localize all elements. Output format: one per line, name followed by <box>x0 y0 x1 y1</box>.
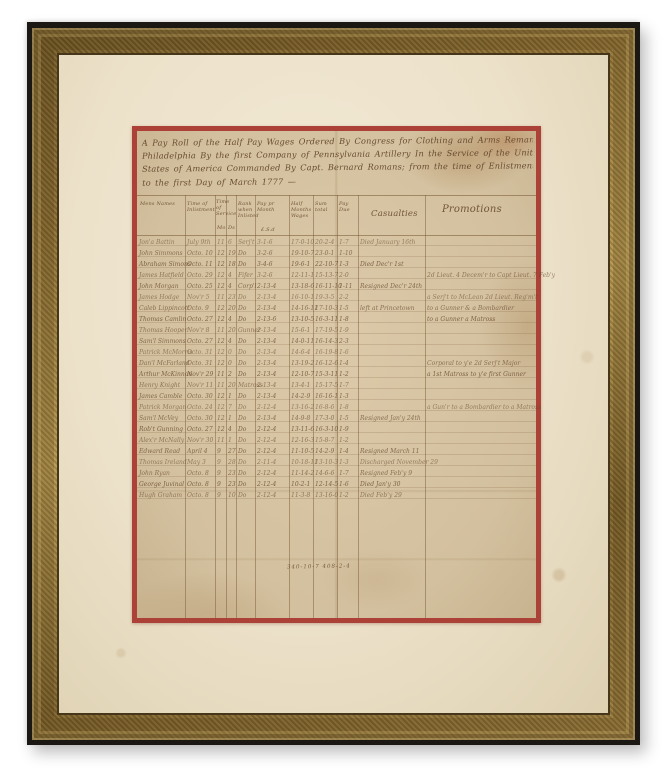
cell-mo: 12 <box>215 305 226 312</box>
col-header-currency: £.S.d <box>261 227 275 233</box>
cell-due: 1-6 <box>337 481 358 488</box>
cell-pay: 2-13-4 <box>255 415 289 422</box>
table-row: Thomas IrelandMay 3928Do2-11-410-18-1113… <box>137 455 536 466</box>
cell-name: Hugh Graham <box>137 492 185 499</box>
cell-name: Edward Read <box>137 448 185 455</box>
cell-mo: 12 <box>215 316 226 323</box>
cell-mo: 12 <box>215 272 226 279</box>
cell-ds: 23 <box>226 470 236 477</box>
col-header-rank: Rank when Inlisted <box>238 201 255 219</box>
cell-ds: 4 <box>226 316 236 323</box>
cell-casualty: Died January 16th <box>358 239 425 246</box>
cell-rank: Gunner <box>236 327 255 334</box>
cell-rank: Serj't <box>236 239 255 246</box>
cell-sum: 17-10-3 <box>313 305 337 312</box>
payroll-table: Mens Names Time of Inlistment Time of Se… <box>137 195 536 618</box>
cell-due: 1-10 <box>337 250 358 257</box>
cell-name: Sam'l McVey <box>137 415 185 422</box>
cell-ds: 1 <box>226 393 236 400</box>
cell-half: 12-11-1 <box>289 272 313 279</box>
cell-rank: Do <box>236 371 255 378</box>
mat-board: A Pay Roll of the Half Pay Wages Ordered… <box>59 55 608 713</box>
cell-half: 15-6-1 <box>289 327 313 334</box>
table-row: Sam'l SimmonsOcto. 27124Do2-13-414-0-111… <box>137 334 536 345</box>
cell-mo: 12 <box>215 393 226 400</box>
cell-rank: Do <box>236 305 255 312</box>
cell-half: 14-2-9 <box>289 393 313 400</box>
cell-ds: 20 <box>226 382 236 389</box>
cell-enlisted: Octo. 31 <box>185 360 215 367</box>
cell-name: John Morgan <box>137 283 185 290</box>
cell-due: 1-5 <box>337 415 358 422</box>
cell-casualty: Resigned Feb'y 9 <box>358 470 425 477</box>
cell-name: Caleb Lippincott <box>137 305 185 312</box>
cell-due: 1-6 <box>337 349 358 356</box>
cell-sum: 16-12-6 <box>313 360 337 367</box>
cell-name: Thomas Camlin <box>137 316 185 323</box>
cell-rank: Do <box>236 481 255 488</box>
cell-ds: 0 <box>226 360 236 367</box>
cell-pay: 2-13-4 <box>255 349 289 356</box>
cell-casualty: Died Jan'y 30 <box>358 481 425 488</box>
cell-due: 1-9 <box>337 327 358 334</box>
cell-pay: 2-13-4 <box>255 338 289 345</box>
cell-mo: 11 <box>215 382 226 389</box>
cell-pay: 3-2-6 <box>255 250 289 257</box>
cell-pay: 2-13-4 <box>255 371 289 378</box>
cell-half: 10-18-11 <box>289 459 313 466</box>
cell-mo: 11 <box>215 294 226 301</box>
cell-ds: 23 <box>226 294 236 301</box>
col-header-days: Ds <box>228 225 235 231</box>
cell-due: 2-0 <box>337 272 358 279</box>
cell-enlisted: Octo. 27 <box>185 316 215 323</box>
cell-rank: Do <box>236 393 255 400</box>
cell-rank: Do <box>236 338 255 345</box>
cell-half: 16-10-1 <box>289 294 313 301</box>
cell-sum: 22-10-7 <box>313 261 337 268</box>
col-header-promotions: Promotions <box>442 205 502 215</box>
cell-due: 2-3 <box>337 338 358 345</box>
cell-pay: 2-12-4 <box>255 437 289 444</box>
cell-due: 1-7 <box>337 470 358 477</box>
cell-half: 13-18-6 <box>289 283 313 290</box>
col-header-months: Mo <box>217 225 226 231</box>
table-row: John MorganOcto. 25124Corp'l2-13-413-18-… <box>137 279 536 290</box>
cell-due: 1-2 <box>337 437 358 444</box>
manuscript-paper: A Pay Roll of the Half Pay Wages Ordered… <box>137 131 536 618</box>
cell-ds: 4 <box>226 272 236 279</box>
cell-pay: 3-1-6 <box>255 239 289 246</box>
cell-enlisted: Octo. 30 <box>185 415 215 422</box>
cell-mo: 12 <box>215 283 226 290</box>
cell-half: 19-10-7 <box>289 250 313 257</box>
cell-half: 13-10-5 <box>289 316 313 323</box>
cell-ds: 23 <box>226 481 236 488</box>
cell-sum: 15-17-5 <box>313 382 337 389</box>
cell-sum: 16-3-11 <box>313 316 337 323</box>
cell-casualty: Died Feb'y 29 <box>358 492 425 499</box>
cell-mo: 9 <box>215 448 226 455</box>
cell-half: 17-0-10 <box>289 239 313 246</box>
frame-inner-lip: A Pay Roll of the Half Pay Wages Ordered… <box>57 53 610 715</box>
cell-due: 1-7 <box>337 382 358 389</box>
table-row: Abraham SimonsOcto. 111218Do3-4-619-6-12… <box>137 257 536 268</box>
cell-mo: 11 <box>215 371 226 378</box>
cell-name: Patrick Morgan <box>137 404 185 411</box>
cell-rank: Do <box>236 316 255 323</box>
cell-ds: 4 <box>226 338 236 345</box>
cell-sum: 15-3-11 <box>313 371 337 378</box>
table-row: Thomas CamlinOcto. 27124Do2-13-613-10-51… <box>137 312 536 323</box>
cell-rank: Do <box>236 261 255 268</box>
cell-sum: 12-14-5 <box>313 481 337 488</box>
table-row: James HatfieldOcto. 29124Fifer3-2-612-11… <box>137 268 536 279</box>
cell-half: 12-10-7 <box>289 371 313 378</box>
cell-enlisted: May 3 <box>185 459 215 466</box>
cell-mo: 12 <box>215 338 226 345</box>
cell-due: 1-8 <box>337 404 358 411</box>
cell-pay: 2-12-4 <box>255 448 289 455</box>
cell-mo: 12 <box>215 250 226 257</box>
cell-due: 1-3 <box>337 261 358 268</box>
cell-sum: 14-6-6 <box>313 470 337 477</box>
cell-half: 13-11-6 <box>289 426 313 433</box>
cell-half: 14-9-8 <box>289 415 313 422</box>
cell-mo: 12 <box>215 261 226 268</box>
cell-name: James Hodge <box>137 294 185 301</box>
cell-sum: 16-14-3 <box>313 338 337 345</box>
cell-sum: 19-3-5 <box>313 294 337 301</box>
col-header-service: Time of Service <box>216 199 236 217</box>
cell-rank: Do <box>236 426 255 433</box>
manuscript-title: A Pay Roll of the Half Pay Wages Ordered… <box>142 133 533 189</box>
cell-mo: 9 <box>215 481 226 488</box>
cell-rank: Do <box>236 250 255 257</box>
cell-rank: Fifer <box>236 272 255 279</box>
picture-frame-gilt-moulding: A Pay Roll of the Half Pay Wages Ordered… <box>32 28 635 740</box>
cell-pay: 3-2-6 <box>255 272 289 279</box>
cell-enlisted: Nov'r 29 <box>185 371 215 378</box>
table-row: John RyanOcto. 8923Do2-12-411-14-214-6-6… <box>137 466 536 477</box>
cell-sum: 16-3-10 <box>313 426 337 433</box>
cell-pay: 2-12-4 <box>255 426 289 433</box>
cell-sum: 13-16-0 <box>313 492 337 499</box>
cell-enlisted: April 4 <box>185 448 215 455</box>
table-row: James CambleOcto. 30121Do2-13-414-2-916-… <box>137 389 536 400</box>
cell-pay: 3-4-6 <box>255 261 289 268</box>
cell-pay: 2-12-4 <box>255 404 289 411</box>
cell-name: James Camble <box>137 393 185 400</box>
col-header-pay: Pay pr Month <box>257 201 289 213</box>
cell-ds: 7 <box>226 404 236 411</box>
cell-pay: 2-13-4 <box>255 327 289 334</box>
table-row: Caleb LippincottOcto. 91220Do2-13-414-16… <box>137 301 536 312</box>
cell-name: George Juvinal <box>137 481 185 488</box>
cell-pay: 2-13-4 <box>255 360 289 367</box>
table-row: Edward ReadApril 4927Do2-12-411-10-514-2… <box>137 444 536 455</box>
cell-ds: 2 <box>226 371 236 378</box>
cell-promotion: 2d Lieut. 4 Decem'r to Capt Lieut. 7 Feb… <box>425 272 536 279</box>
cell-sum: 16-19-8 <box>313 349 337 356</box>
table-row: John SimmonsOcto. 101219Do3-2-619-10-723… <box>137 246 536 257</box>
cell-rank: Do <box>236 470 255 477</box>
cell-enlisted: Octo. 8 <box>185 470 215 477</box>
cell-casualty: Discharged November 29 <box>358 459 425 466</box>
cell-rank: Matross <box>236 382 255 389</box>
cell-promotion: to a Gunner & a Bombardier <box>425 305 536 312</box>
cell-half: 14-6-4 <box>289 349 313 356</box>
col-header-names: Mens Names <box>140 201 184 207</box>
cell-sum: 17-19-5 <box>313 327 337 334</box>
picture-frame-outer-black: A Pay Roll of the Half Pay Wages Ordered… <box>27 22 640 745</box>
cell-mo: 12 <box>215 349 226 356</box>
cell-mo: 12 <box>215 404 226 411</box>
cell-name: Henry Knight <box>137 382 185 389</box>
cell-sum: 17-3-0 <box>313 415 337 422</box>
cell-enlisted: Octo. 24 <box>185 404 215 411</box>
table-row: Jon'a BattinJuly 9th116Serj't3-1-617-0-1… <box>137 235 536 246</box>
cell-rank: Do <box>236 294 255 301</box>
cell-enlisted: July 9th <box>185 239 215 246</box>
col-header-half-pay: Half Months Wages <box>291 201 313 219</box>
cell-promotion: a Gun'r to a Bombardier to a Matross <box>425 404 536 411</box>
table-row: Arthur McKinnonNov'r 29112Do2-13-412-10-… <box>137 367 536 378</box>
cell-name: Alex'r McNally <box>137 437 185 444</box>
cell-rank: Do <box>236 349 255 356</box>
cell-due: 1-8 <box>337 316 358 323</box>
cell-pay: 2-13-6 <box>255 316 289 323</box>
cell-rank: Do <box>236 404 255 411</box>
cell-mo: 9 <box>215 492 226 499</box>
cell-due: 1-9 <box>337 426 358 433</box>
cell-ds: 20 <box>226 305 236 312</box>
totals-line: 340-10-7 408-2-4 <box>287 563 351 570</box>
cell-casualty: Resigned Jan'y 24th <box>358 415 425 422</box>
cell-pay: 2-12-4 <box>255 481 289 488</box>
cell-casualty: Resigned Dec'r 24th <box>358 283 425 290</box>
cell-half: 10-2-1 <box>289 481 313 488</box>
cell-enlisted: Octo. 8 <box>185 481 215 488</box>
col-header-sum-total: Sum total <box>315 201 337 213</box>
cell-half: 13-16-2 <box>289 404 313 411</box>
cell-enlisted: Octo. 31 <box>185 349 215 356</box>
cell-pay: 2-13-4 <box>255 305 289 312</box>
cell-ds: 10 <box>226 492 236 499</box>
col-header-casualties: Casualties <box>371 209 418 219</box>
cell-ds: 6 <box>226 239 236 246</box>
cell-name: Dan'l McFarland <box>137 360 185 367</box>
cell-mo: 9 <box>215 459 226 466</box>
cell-sum: 20-2-4 <box>313 239 337 246</box>
cell-rank: Do <box>236 448 255 455</box>
cell-sum: 13-10-3 <box>313 459 337 466</box>
cell-sum: 16-16-1 <box>313 393 337 400</box>
cell-due: 1-7 <box>337 239 358 246</box>
cell-enlisted: Octo. 27 <box>185 338 215 345</box>
cell-pay: 2-13-4 <box>255 382 289 389</box>
table-row: Dan'l McFarlandOcto. 31120Do2-13-413-19-… <box>137 356 536 367</box>
cell-ds: 4 <box>226 283 236 290</box>
col-header-pay-due: Pay Due <box>339 201 358 213</box>
cell-due: 1-2 <box>337 492 358 499</box>
cell-mo: 12 <box>215 360 226 367</box>
cell-enlisted: Octo. 27 <box>185 426 215 433</box>
cell-name: Patrick McMorris <box>137 349 185 356</box>
cell-ds: 1 <box>226 437 236 444</box>
table-row: Henry KnightNov'r 111120Matross2-13-413-… <box>137 378 536 389</box>
cell-half: 13-19-2 <box>289 360 313 367</box>
cell-due: 2-2 <box>337 294 358 301</box>
cell-rank: Do <box>236 459 255 466</box>
cell-rank: Do <box>236 437 255 444</box>
cell-name: Arthur McKinnon <box>137 371 185 378</box>
table-row: Patrick McMorrisOcto. 31120Do2-13-414-6-… <box>137 345 536 356</box>
table-row: Rob't GunningOcto. 27124Do2-12-413-11-61… <box>137 422 536 433</box>
table-rows: Jon'a BattinJuly 9th116Serj't3-1-617-0-1… <box>137 235 536 499</box>
cell-sum: 14-2-9 <box>313 448 337 455</box>
table-row: George JuvinalOcto. 8923Do2-12-410-2-112… <box>137 477 536 488</box>
cell-enlisted: Nov'r 5 <box>185 294 215 301</box>
cell-mo: 12 <box>215 426 226 433</box>
cell-casualty: left at Princetown <box>358 305 425 312</box>
cell-name: Abraham Simons <box>137 261 185 268</box>
cell-ds: 18 <box>226 261 236 268</box>
cell-due: 1-4 <box>337 448 358 455</box>
cell-name: James Hatfield <box>137 272 185 279</box>
cell-enlisted: Octo. 11 <box>185 261 215 268</box>
cell-sum: 15-13-7 <box>313 272 337 279</box>
cell-name: Sam'l Simmons <box>137 338 185 345</box>
table-row: Sam'l McVeyOcto. 30121Do2-13-414-9-817-3… <box>137 411 536 422</box>
cell-mo: 12 <box>215 415 226 422</box>
cell-due: 1-3 <box>337 459 358 466</box>
cell-pay: 2-13-4 <box>255 393 289 400</box>
table-row: James HodgeNov'r 51123Do2-13-416-10-119-… <box>137 290 536 301</box>
cell-sum: 16-8-6 <box>313 404 337 411</box>
cell-half: 11-10-5 <box>289 448 313 455</box>
cell-enlisted: Nov'r 11 <box>185 382 215 389</box>
cell-half: 19-6-1 <box>289 261 313 268</box>
cell-enlisted: Nov'r 8 <box>185 327 215 334</box>
cell-pay: 2-12-4 <box>255 470 289 477</box>
cell-enlisted: Octo. 9 <box>185 305 215 312</box>
cell-enlisted: Octo. 25 <box>185 283 215 290</box>
cell-enlisted: Octo. 10 <box>185 250 215 257</box>
cell-promotion: a 1st Matross to y'e first Gunner <box>425 371 536 378</box>
cell-half: 11-3-8 <box>289 492 313 499</box>
cell-enlisted: Octo. 30 <box>185 393 215 400</box>
cell-mo: 11 <box>215 437 226 444</box>
cell-mo: 11 <box>215 327 226 334</box>
cell-ds: 0 <box>226 349 236 356</box>
cell-sum: 15-8-7 <box>313 437 337 444</box>
cell-pay: 2-13-4 <box>255 294 289 301</box>
cell-mo: 11 <box>215 239 226 246</box>
cell-name: John Ryan <box>137 470 185 477</box>
cell-half: 13-4-1 <box>289 382 313 389</box>
cell-pay: 2-13-4 <box>255 283 289 290</box>
cell-promotion: Corporal to y'e 2d Serj't Major <box>425 360 536 367</box>
cell-enlisted: Octo. 8 <box>185 492 215 499</box>
table-row: Patrick MorganOcto. 24127Do2-12-413-16-2… <box>137 400 536 411</box>
cell-ds: 19 <box>226 250 236 257</box>
cell-rank: Do <box>236 415 255 422</box>
cell-half: 11-14-2 <box>289 470 313 477</box>
cell-pay: 2-11-4 <box>255 459 289 466</box>
cell-name: Jon'a Battin <box>137 239 185 246</box>
cell-mo: 9 <box>215 470 226 477</box>
cell-name: Rob't Gunning <box>137 426 185 433</box>
cell-enlisted: Nov'r 30 <box>185 437 215 444</box>
cell-ds: 20 <box>226 327 236 334</box>
cell-rank: Corp'l <box>236 283 255 290</box>
cell-name: Thomas Ireland <box>137 459 185 466</box>
cell-enlisted: Octo. 29 <box>185 272 215 279</box>
cell-ds: 4 <box>226 426 236 433</box>
cell-casualty: Died Dec'r 1st <box>358 261 425 268</box>
table-row: Alex'r McNallyNov'r 30111Do2-12-412-16-3… <box>137 433 536 444</box>
cell-pay: 2-12-4 <box>255 492 289 499</box>
col-header-enlisted: Time of Inlistment <box>187 201 214 213</box>
cell-ds: 1 <box>226 415 236 422</box>
cell-due: 1-2 <box>337 371 358 378</box>
cell-name: Thomas Hooper <box>137 327 185 334</box>
cell-due: 1-4 <box>337 360 358 367</box>
cell-half: 14-0-11 <box>289 338 313 345</box>
photograph-of-framed-document: A Pay Roll of the Half Pay Wages Ordered… <box>0 0 669 768</box>
cell-sum: 16-11-10 <box>313 283 337 290</box>
table-row: Thomas HooperNov'r 81120Gunner2-13-415-6… <box>137 323 536 334</box>
cell-name: John Simmons <box>137 250 185 257</box>
table-row: Hugh GrahamOcto. 8910Do2-12-411-3-813-16… <box>137 488 536 499</box>
cell-rank: Do <box>236 360 255 367</box>
cell-due: 1-3 <box>337 393 358 400</box>
cell-due: 1-5 <box>337 305 358 312</box>
cell-due: 1-11 <box>337 283 358 290</box>
cell-sum: 23-0-1 <box>313 250 337 257</box>
document-red-border: A Pay Roll of the Half Pay Wages Ordered… <box>132 126 541 623</box>
title-line-4: to the first Day of March 1777 — <box>142 173 533 190</box>
cell-ds: 27 <box>226 448 236 455</box>
cell-casualty: Resigned March 11 <box>358 448 425 455</box>
cell-rank: Do <box>236 492 255 499</box>
cell-promotion: a Serj't to McLean 2d Lieut. Reg'm't <box>425 294 536 301</box>
cell-promotion: to a Gunner a Matross <box>425 316 536 323</box>
cell-ds: 28 <box>226 459 236 466</box>
cell-half: 14-16-11 <box>289 305 313 312</box>
cell-half: 12-16-3 <box>289 437 313 444</box>
